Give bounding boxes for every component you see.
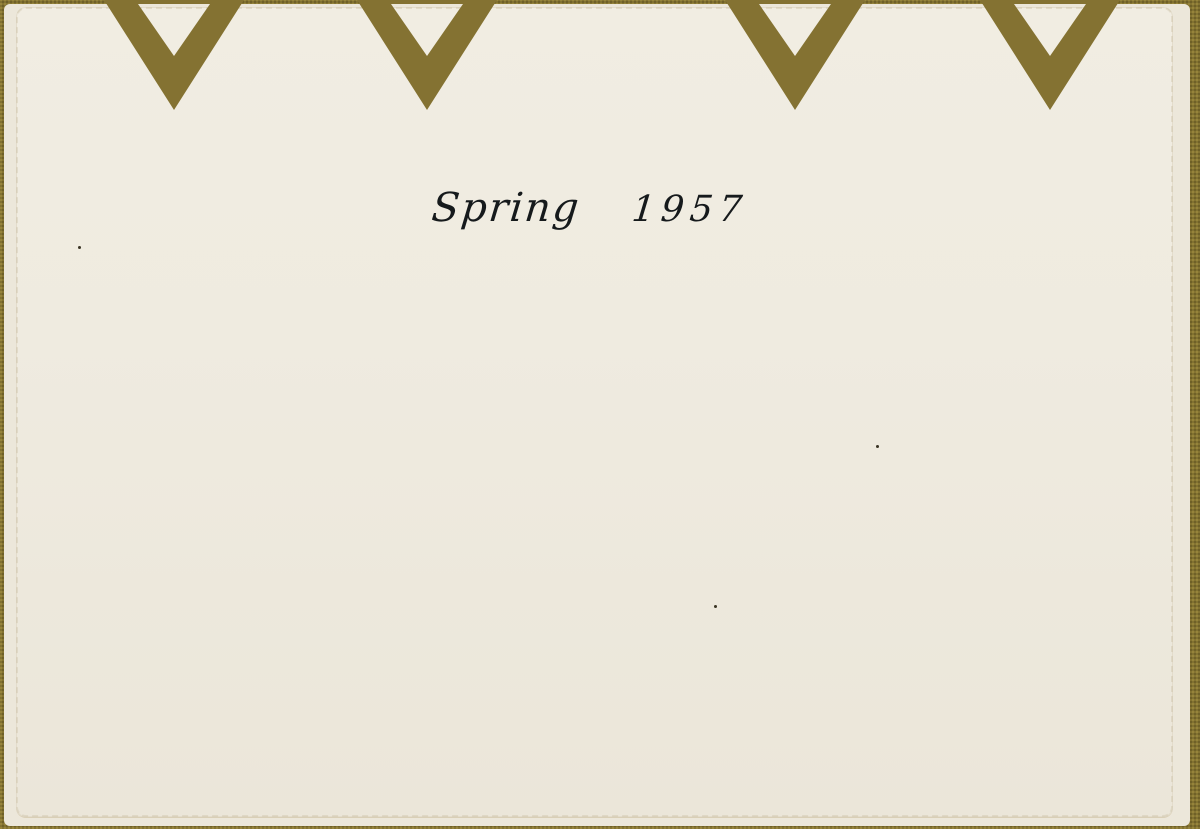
paper-speck (78, 246, 81, 249)
corner-tab-icon (104, 0, 244, 112)
corner-tab-icon (980, 0, 1120, 112)
paper-speck (714, 605, 717, 608)
photo-back: Spring1957 (16, 7, 1173, 817)
inscription-word: Spring (430, 185, 583, 231)
corner-tab-icon (357, 0, 497, 112)
paper-speck (876, 445, 879, 448)
handwritten-inscription: Spring1957 (430, 185, 751, 231)
inscription-year: 1957 (630, 189, 750, 230)
corner-tab-icon (725, 0, 865, 112)
